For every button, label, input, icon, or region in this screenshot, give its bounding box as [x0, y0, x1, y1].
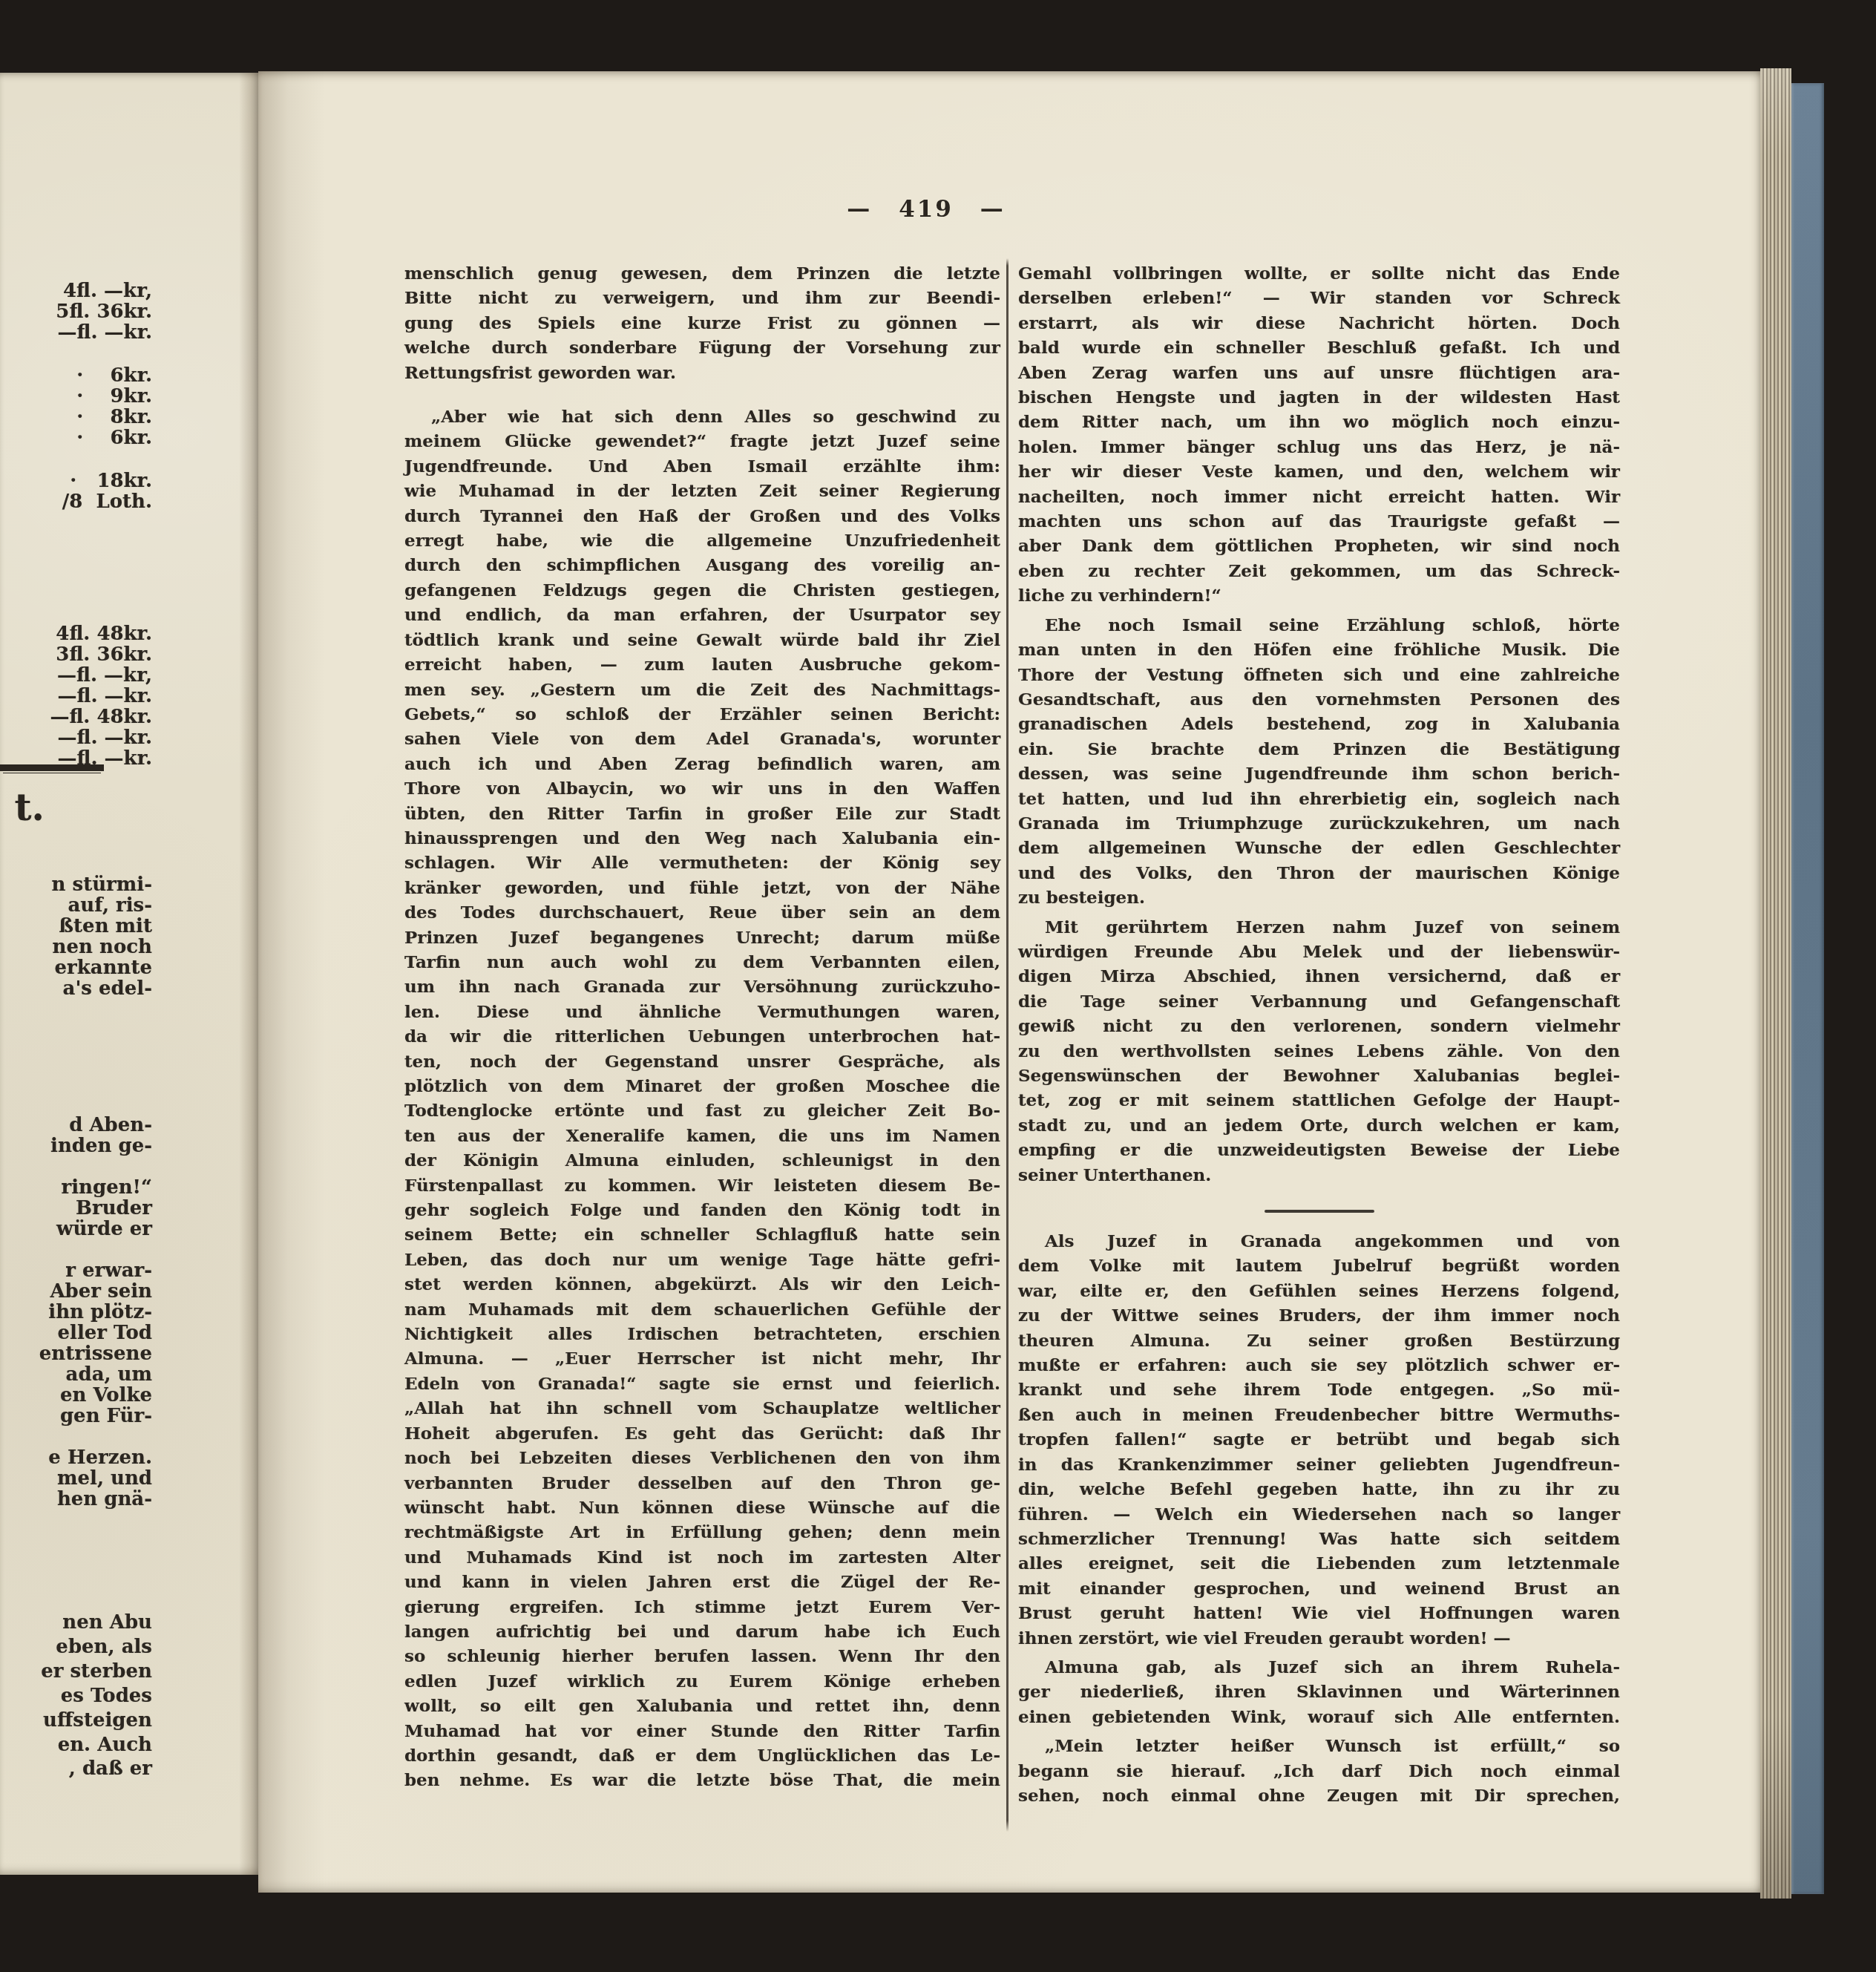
text-line: führen. — Welch ein Wiedersehen nach so …	[1018, 1502, 1620, 1527]
text-line: Thore von Albaycin, wo wir uns in den Wa…	[404, 776, 1000, 801]
text-line: so schleunig hierher berufen lassen. Wen…	[404, 1644, 1000, 1668]
text-line: tet hatten, und lud ihn ehrerbietig ein,…	[1018, 787, 1620, 811]
fragment-line: Aber sein	[50, 1281, 152, 1303]
text-line: Tarfin nun auch wohl zu dem Verbannten e…	[404, 950, 1000, 974]
paragraph: Als Juzef in Granada angekommen und vond…	[1018, 1229, 1620, 1651]
text-line: machten uns schon auf das Traurigste gef…	[1018, 509, 1620, 534]
text-line: durch den schimpflichen Ausgang des vore…	[404, 553, 1000, 577]
fragment-line: · 6kr.	[76, 428, 152, 449]
fragment-line: · 18kr.	[70, 471, 152, 492]
text-column-left: menschlich genug gewesen, dem Prinzen di…	[404, 261, 1000, 1793]
text-line: gefangenen Feldzugs gegen die Christen g…	[404, 578, 1000, 603]
paragraph: Mit gerührtem Herzen nahm Juzef von sein…	[1018, 915, 1620, 1188]
fragment-line: en Volke	[60, 1385, 152, 1406]
text-line: welche durch sonderbare Fügung der Vorse…	[404, 335, 1000, 360]
fragment-line: —fl. —kr.	[58, 727, 152, 749]
text-line: granadischen Adels bestehend, zog in Xal…	[1018, 712, 1620, 736]
text-line: erreicht haben, — zum lauten Ausbruche g…	[404, 652, 1000, 677]
text-line: Fürstenpallast zu kommen. Wir leisteten …	[404, 1173, 1000, 1198]
text-line: erregt habe, wie die allgemeine Unzufrie…	[404, 528, 1000, 553]
text-line: krankt und sehe ihrem Tode entgegen. „So…	[1018, 1378, 1620, 1402]
text-line: gehr sogleich Folge und fanden den König…	[404, 1198, 1000, 1222]
text-line: Bitte nicht zu verweigern, und ihm zur B…	[404, 286, 1000, 310]
fragment-line: würde er	[56, 1219, 152, 1240]
fragment-line: nen Abu	[62, 1612, 152, 1634]
paragraph: Almuna gab, als Juzef sich an ihrem Ruhe…	[1018, 1655, 1620, 1729]
text-line: seinem Bette; ein schneller Schlagfluß h…	[404, 1222, 1000, 1247]
text-line: ger niederließ, ihren Sklavinnen und Wär…	[1018, 1680, 1620, 1704]
fragment-line: es Todes	[61, 1686, 152, 1707]
text-line: liche zu verhindern!“	[1018, 583, 1620, 608]
text-line: dessen, was seine Jugendfreunde ihm scho…	[1018, 761, 1620, 786]
fragment-line: inden ge-	[50, 1136, 152, 1157]
fragment-line: ßten mit	[59, 916, 152, 937]
fragment-line: e Herzen.	[48, 1447, 152, 1469]
text-line: dem Ritter nach, um ihn wo möglich noch …	[1018, 410, 1620, 434]
text-line: gierung ergreifen. Ich stimme jetzt Eure…	[404, 1595, 1000, 1619]
text-line: theuren Almuna. Zu seiner großen Bestürz…	[1018, 1329, 1620, 1353]
column-divider-rule	[1006, 258, 1008, 1832]
text-line: war, eilte er, den Gefühlen seines Herze…	[1018, 1279, 1620, 1303]
text-line: tet, zog er mit seinem stattlichen Gefol…	[1018, 1088, 1620, 1113]
text-line: tödtlich krank und seine Gewalt würde ba…	[404, 628, 1000, 652]
book-cover-edge	[1791, 83, 1824, 1894]
fragment-line: Bruder	[76, 1198, 152, 1219]
fragment-line: ada, um	[66, 1364, 152, 1386]
text-line: bischen Hengste und jagten in der wildes…	[1018, 385, 1620, 410]
text-line: derselben erleben!“ — Wir standen vor Sc…	[1018, 286, 1620, 310]
paragraph: „Aber wie hat sich denn Alles so geschwi…	[404, 404, 1000, 1793]
text-line: würdigen Freunde Abu Melek und der liebe…	[1018, 940, 1620, 964]
paragraph: „Mein letzter heißer Wunsch ist erfüllt,…	[1018, 1734, 1620, 1808]
fragment-line: , daß er	[69, 1758, 152, 1780]
fragment-large-letter: t.	[14, 788, 45, 827]
fragment-line: auf, ris-	[68, 895, 152, 917]
text-line: Thore der Vestung öffneten sich und eine…	[1018, 663, 1620, 687]
text-line: plötzlich von dem Minaret der großen Mos…	[404, 1074, 1000, 1098]
fragment-line: d Aben-	[69, 1115, 152, 1136]
fragment-line: 3fl. 36kr.	[56, 644, 152, 666]
text-line: dorthin gesandt, daß er dem Unglückliche…	[404, 1743, 1000, 1768]
text-line: da wir die ritterlichen Uebungen unterbr…	[404, 1024, 1000, 1049]
text-line: der Königin Almuna einluden, schleunigst…	[404, 1148, 1000, 1173]
text-line: gung des Spiels eine kurze Frist zu gönn…	[404, 311, 1000, 335]
text-line: nacheilten, noch immer nicht erreicht ha…	[1018, 485, 1620, 509]
text-line: sehen, noch einmal ohne Zeugen mit Dir s…	[1018, 1783, 1620, 1808]
text-line: ßen auch in meinen Freudenbecher bittre …	[1018, 1403, 1620, 1427]
text-line: Almuna. — „Euer Herrscher ist nicht mehr…	[404, 1346, 1000, 1371]
text-line: und endlich, da man erfahren, der Usurpa…	[404, 603, 1000, 627]
text-line: wie Muhamad in der letzten Zeit seiner R…	[404, 479, 1000, 503]
fragment-line: eben, als	[56, 1637, 152, 1658]
text-line: und kann in vielen Jahren erst die Zügel…	[404, 1570, 1000, 1594]
text-line: zu besteigen.	[1018, 885, 1620, 910]
text-line: verbannten Bruder desselben auf den Thro…	[404, 1471, 1000, 1496]
text-line: zu den werthvollsten seines Lebens zähle…	[1018, 1039, 1620, 1064]
text-line: in das Krankenzimmer seiner geliebten Ju…	[1018, 1452, 1620, 1477]
text-line: und des Volks, den Thron der maurischen …	[1018, 861, 1620, 885]
text-line: rechtmäßigste Art in Erfüllung gehen; de…	[404, 1520, 1000, 1544]
text-line: man unten in den Höfen eine fröhliche Mu…	[1018, 638, 1620, 662]
text-line: schlagen. Wir Alle vermutheten: der Köni…	[404, 851, 1000, 875]
fragment-line: ihn plötz-	[48, 1302, 152, 1323]
book-page-419: — 419 — menschlich genug gewesen, dem Pr…	[258, 71, 1760, 1893]
text-line: noch bei Lebzeiten dieses Verblichenen d…	[404, 1446, 1000, 1470]
text-line: alles ereignet, seit die Liebenden zum l…	[1018, 1551, 1620, 1576]
fragment-line: · 6kr.	[76, 365, 152, 387]
text-column-right: Gemahl vollbringen wollte, er sollte nic…	[1018, 261, 1620, 1808]
fragment-line: hen gnä-	[57, 1489, 152, 1510]
text-line: Ehe noch Ismail seine Erzählung schloß, …	[1018, 613, 1620, 638]
fragment-line: n stürmi-	[52, 874, 152, 896]
text-line: eben zu rechter Zeit gekommen, um das Sc…	[1018, 559, 1620, 583]
text-line: die Tage seiner Verbannung und Gefangens…	[1018, 989, 1620, 1014]
text-line: Todtenglocke ertönte und fast zu gleiche…	[404, 1098, 1000, 1123]
text-line: Gemahl vollbringen wollte, er sollte nic…	[1018, 261, 1620, 286]
text-line: tropfen fallen!“ sagte er betrübt und be…	[1018, 1427, 1620, 1452]
text-line: men sey. „Gestern um die Zeit des Nachmi…	[404, 678, 1000, 702]
text-line: ben nehme. Es war die letzte böse That, …	[404, 1768, 1000, 1792]
fragment-line: r erwar-	[65, 1260, 152, 1282]
text-line: „Mein letzter heißer Wunsch ist erfüllt,…	[1018, 1734, 1620, 1758]
text-line: ten aus der Xeneralife kamen, die uns im…	[404, 1124, 1000, 1148]
page-edges-stack	[1760, 68, 1791, 1899]
text-line: Gebets,“ so schloß der Erzähler seinen B…	[404, 702, 1000, 727]
text-line: Granada im Triumphzuge zurückzukehren, u…	[1018, 811, 1620, 836]
text-line: um ihn nach Granada zur Versöhnung zurüc…	[404, 974, 1000, 999]
text-line: schmerzlicher Trennung! Was hatte sich s…	[1018, 1527, 1620, 1551]
text-line: her wir dieser Veste kamen, und den, wel…	[1018, 459, 1620, 484]
text-line: kränker geworden, und fühle jetzt, von d…	[404, 876, 1000, 900]
text-line: nam Muhamads mit dem schauerlichen Gefüh…	[404, 1297, 1000, 1322]
fragment-line: erkannte	[55, 957, 152, 979]
page-number: — 419 —	[770, 196, 1082, 223]
text-line: mit einander gesprochen, und weinend Bru…	[1018, 1576, 1620, 1601]
text-line: mußte er erfahren: auch sie sey plötzlic…	[1018, 1353, 1620, 1378]
fragment-line: 5fl. 36kr.	[56, 301, 152, 323]
fragment-line: nen noch	[53, 937, 152, 958]
text-line: Nichtigkeit alles Irdischen betrachteten…	[404, 1322, 1000, 1346]
fragment-line: —fl. —kr.	[58, 322, 152, 344]
fragment-line: entrissene	[39, 1343, 152, 1365]
section-separator-rule	[1265, 1210, 1374, 1213]
text-line: bald wurde ein schneller Beschluß gefaßt…	[1018, 335, 1620, 360]
text-line: Rettungsfrist geworden war.	[404, 361, 1000, 385]
text-line: durch Tyrannei den Haß der Großen und de…	[404, 504, 1000, 528]
text-line: holen. Immer bänger schlug uns das Herz,…	[1018, 435, 1620, 459]
text-line: len. Diese und ähnliche Vermuthungen war…	[404, 1000, 1000, 1024]
text-line: langen aufrichtig bei und darum habe ich…	[404, 1619, 1000, 1644]
text-line: dem allgemeinen Wunsche der edlen Geschl…	[1018, 836, 1620, 860]
text-line: Gesandtschaft, aus den vornehmsten Perso…	[1018, 687, 1620, 712]
text-line: auch ich und Aben Zerag befindlich waren…	[404, 752, 1000, 776]
paragraph: Gemahl vollbringen wollte, er sollte nic…	[1018, 261, 1620, 609]
text-line: menschlich genug gewesen, dem Prinzen di…	[404, 261, 1000, 286]
text-line: edlen Juzef wirklich zu Eurem Könige erh…	[404, 1669, 1000, 1694]
text-line: wollt, so eilt gen Xalubania und rettet …	[404, 1694, 1000, 1718]
fragment-line: 4fl. 48kr.	[56, 623, 152, 645]
previous-page-sliver: 4fl. —kr,5fl. 36kr.—fl. —kr.· 6kr.· 9kr.…	[0, 73, 258, 1875]
fragment-line: —fl. —kr.	[58, 686, 152, 707]
text-line: Als Juzef in Granada angekommen und von	[1018, 1229, 1620, 1254]
fragment-line: er sterben	[41, 1661, 152, 1683]
text-line: und Muhamads Kind ist noch im zartesten …	[404, 1545, 1000, 1570]
fragment-line: ringen!“	[62, 1177, 152, 1199]
text-line: wünscht habt. Nun können diese Wünsche a…	[404, 1496, 1000, 1520]
text-line: Hoheit abgerufen. Es geht das Gerücht: d…	[404, 1421, 1000, 1446]
text-line: des Todes durchschauert, Reue über sein …	[404, 900, 1000, 925]
text-line: Segenswünschen der Bewohner Xalubanias b…	[1018, 1064, 1620, 1088]
fragment-line: a's edel-	[63, 978, 152, 1000]
fragment-line: 4fl. —kr,	[63, 281, 152, 302]
fragment-line: —fl. —kr,	[57, 665, 152, 687]
text-line: Aben Zerag warfen uns auf unsre flüchtig…	[1018, 361, 1620, 385]
text-line: übten, den Ritter Tarfin in großer Eile …	[404, 802, 1000, 826]
paragraph: Ehe noch Ismail seine Erzählung schloß, …	[1018, 613, 1620, 911]
text-line: Prinzen Juzef begangenes Unrecht; darum …	[404, 926, 1000, 950]
fragment-line: /8 Loth.	[62, 491, 152, 513]
text-line: ein. Sie brachte dem Prinzen die Bestäti…	[1018, 737, 1620, 761]
text-line: ten, noch der Gegenstand unsrer Gespräch…	[404, 1049, 1000, 1074]
text-line: digen Mirza Abschied, ihnen versichernd,…	[1018, 964, 1620, 989]
text-line: begann sie hierauf. „Ich darf Dich noch …	[1018, 1759, 1620, 1783]
fragment-line: eller Tod	[58, 1323, 152, 1344]
fragment-line: en. Auch	[58, 1734, 152, 1756]
fragment-double-rule	[0, 764, 104, 771]
text-line: Muhamad hat vor einer Stunde den Ritter …	[404, 1719, 1000, 1743]
text-line: „Allah hat ihn schnell vom Schauplatze w…	[404, 1396, 1000, 1421]
text-line: „Aber wie hat sich denn Alles so geschwi…	[404, 404, 1000, 429]
text-line: hinaussprengen und den Weg nach Xalubani…	[404, 826, 1000, 851]
fragment-line: gen Für-	[60, 1406, 152, 1427]
fragment-line: · 8kr.	[76, 407, 152, 428]
fragment-line: uffsteigen	[43, 1710, 152, 1732]
text-line: gewiß nicht zu den verlorenen, sondern v…	[1018, 1014, 1620, 1038]
text-line: empfing er die unzweideutigsten Beweise …	[1018, 1138, 1620, 1162]
text-line: Leben, das doch nur um wenige Tage hätte…	[404, 1248, 1000, 1272]
scanned-book-spread: 4fl. —kr,5fl. 36kr.—fl. —kr.· 6kr.· 9kr.…	[0, 0, 1876, 1972]
text-line: seiner Unterthanen.	[1018, 1163, 1620, 1188]
text-line: Edeln von Granada!“ sagte sie ernst und …	[404, 1372, 1000, 1396]
text-line: din, welche Befehl gegeben hatte, ihn zu…	[1018, 1477, 1620, 1501]
text-line: Brust geruht hatten! Wie viel Hoffnungen…	[1018, 1601, 1620, 1625]
fragment-line: —fl. 48kr.	[50, 707, 152, 728]
text-line: meinem Glücke gewendet?“ fragte jetzt Ju…	[404, 429, 1000, 453]
text-line: ihnen zerstört, wie viel Freuden geraubt…	[1018, 1626, 1620, 1651]
text-line: Jugendfreunde. Und Aben Ismail erzählte …	[404, 454, 1000, 479]
text-line: sahen Viele von dem Adel Granada's, woru…	[404, 727, 1000, 751]
text-line: aber Dank dem göttlichen Propheten, wir …	[1018, 534, 1620, 558]
paragraph: menschlich genug gewesen, dem Prinzen di…	[404, 261, 1000, 385]
text-line: stadt zu, und an jedem Orte, durch welch…	[1018, 1113, 1620, 1138]
fragment-line: · 9kr.	[76, 386, 152, 407]
text-line: einen gebietenden Wink, worauf sich Alle…	[1018, 1705, 1620, 1729]
text-line: Almuna gab, als Juzef sich an ihrem Ruhe…	[1018, 1655, 1620, 1680]
text-line: Mit gerührtem Herzen nahm Juzef von sein…	[1018, 915, 1620, 940]
text-line: stet werden können, abgekürzt. Als wir d…	[404, 1272, 1000, 1297]
text-line: dem Volke mit lautem Jubelruf begrüßt wo…	[1018, 1254, 1620, 1278]
text-line: erstarrt, als wir diese Nachricht hörten…	[1018, 311, 1620, 335]
text-line: zu der Wittwe seines Bruders, der ihm im…	[1018, 1303, 1620, 1328]
fragment-line: mel, und	[57, 1468, 152, 1490]
